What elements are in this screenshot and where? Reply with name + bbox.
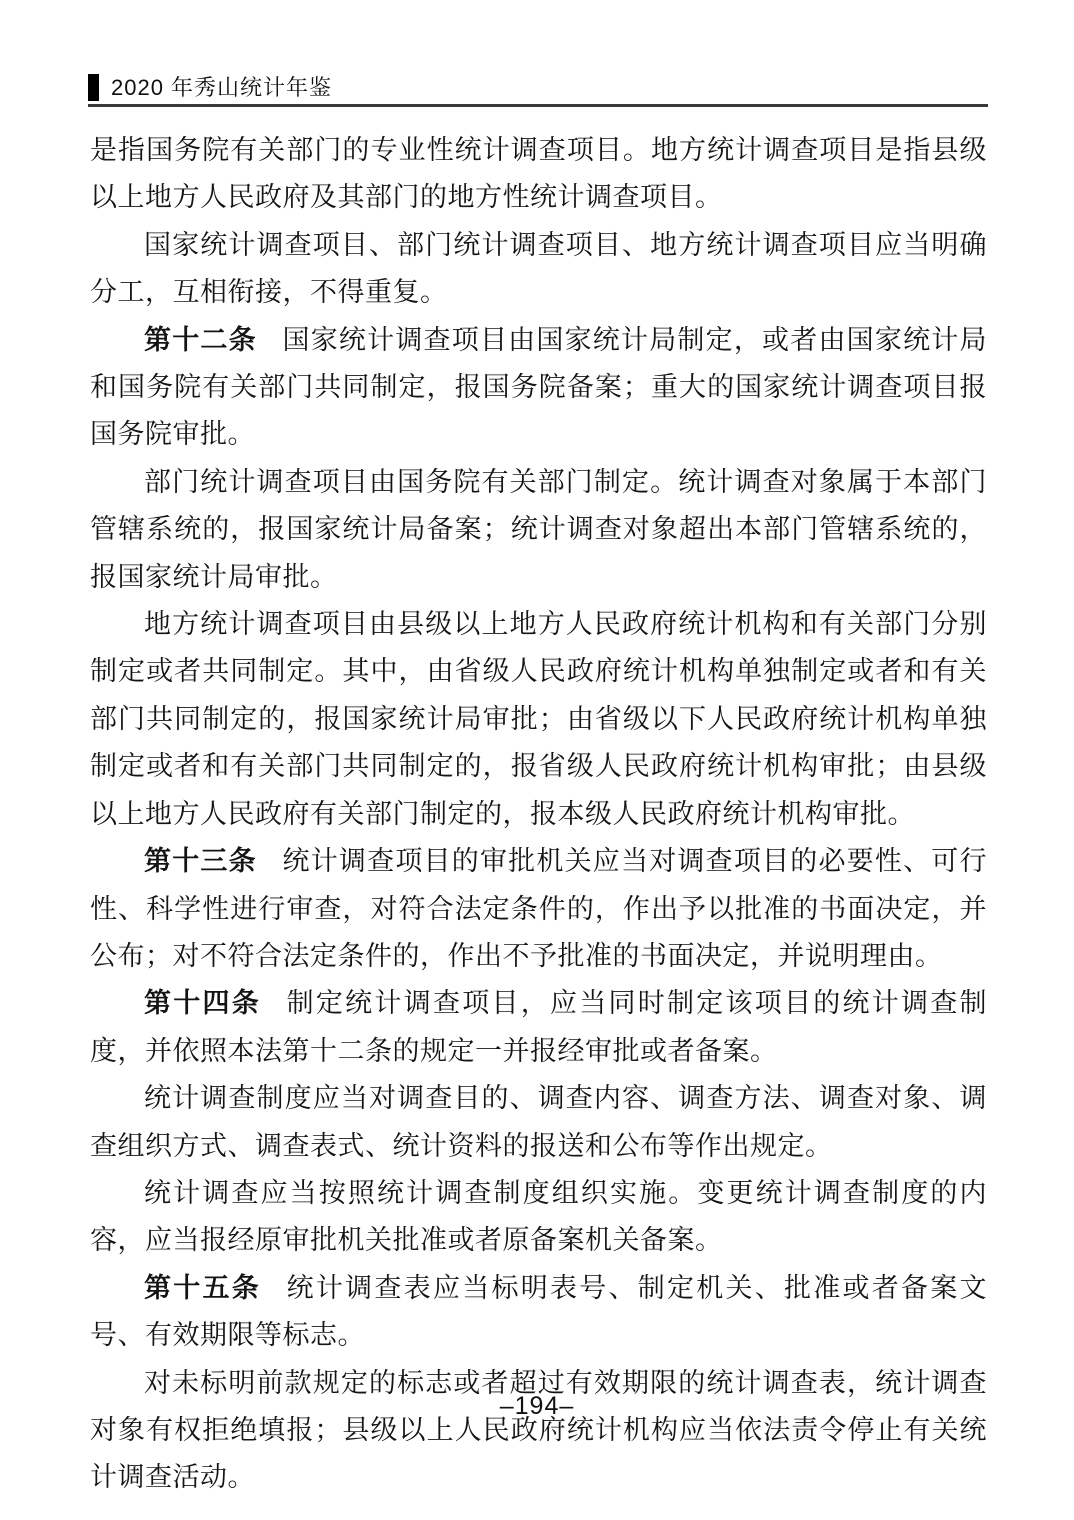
- paragraph: 对未标明前款规定的标志或者超过有效期限的统计调查表，统计调查对象有权拒绝填报；县…: [90, 1360, 987, 1502]
- article-number: 第十四条: [144, 988, 261, 1018]
- paragraph-text: 统计调查应当按照统计调查制度组织实施。变更统计调查制度的内容，应当报经原审批机关…: [90, 1178, 987, 1255]
- paragraph-text: 是指国务院有关部门的专业性统计调查项目。地方统计调查项目是指县级以上地方人民政府…: [90, 135, 987, 212]
- header-title: 2020 年秀山统计年鉴: [111, 74, 332, 101]
- paragraph: 统计调查应当按照统计调查制度组织实施。变更统计调查制度的内容，应当报经原审批机关…: [90, 1170, 987, 1265]
- page-number: –194–: [500, 1392, 575, 1420]
- paragraph-text: 国家统计调查项目、部门统计调查项目、地方统计调查项目应当明确分工，互相衔接，不得…: [90, 230, 987, 307]
- paragraph-article-15: 第十五条统计调查表应当标明表号、制定机关、批准或者备案文号、有效期限等标志。: [90, 1265, 987, 1360]
- article-number: 第十三条: [144, 846, 257, 876]
- paragraph-article-13: 第十三条统计调查项目的审批机关应当对调查项目的必要性、可行性、科学性进行审查，对…: [90, 838, 987, 980]
- yearbook-document-page: 2020 年秀山统计年鉴 是指国务院有关部门的专业性统计调查项目。地方统计调查项…: [0, 0, 1074, 1520]
- paragraph-text: 对未标明前款规定的标志或者超过有效期限的统计调查表，统计调查对象有权拒绝填报；县…: [90, 1368, 987, 1493]
- paragraph: 地方统计调查项目由县级以上地方人民政府统计机构和有关部门分别制定或者共同制定。其…: [90, 601, 987, 838]
- article-number: 第十二条: [144, 325, 257, 355]
- document-body: 是指国务院有关部门的专业性统计调查项目。地方统计调查项目是指县级以上地方人民政府…: [90, 127, 987, 1502]
- page-header: 2020 年秀山统计年鉴: [88, 74, 988, 107]
- paragraph-text: 统计调查制度应当对调查目的、调查内容、调查方法、调查对象、调查组织方式、调查表式…: [90, 1083, 987, 1160]
- page-footer: –194–: [0, 1392, 1074, 1421]
- paragraph-continuation: 是指国务院有关部门的专业性统计调查项目。地方统计调查项目是指县级以上地方人民政府…: [90, 127, 987, 222]
- paragraph-article-12: 第十二条国家统计调查项目由国家统计局制定，或者由国家统计局和国务院有关部门共同制…: [90, 317, 987, 459]
- paragraph: 国家统计调查项目、部门统计调查项目、地方统计调查项目应当明确分工，互相衔接，不得…: [90, 222, 987, 317]
- paragraph: 部门统计调查项目由国务院有关部门制定。统计调查对象属于本部门管辖系统的，报国家统…: [90, 459, 987, 601]
- header-block-marker-icon: [88, 74, 99, 101]
- paragraph-article-14: 第十四条制定统计调查项目，应当同时制定该项目的统计调查制度，并依照本法第十二条的…: [90, 980, 987, 1075]
- article-number: 第十五条: [144, 1273, 261, 1303]
- paragraph-text: 部门统计调查项目由国务院有关部门制定。统计调查对象属于本部门管辖系统的，报国家统…: [90, 467, 987, 592]
- paragraph: 统计调查制度应当对调查目的、调查内容、调查方法、调查对象、调查组织方式、调查表式…: [90, 1075, 987, 1170]
- paragraph-text: 地方统计调查项目由县级以上地方人民政府统计机构和有关部门分别制定或者共同制定。其…: [90, 609, 987, 829]
